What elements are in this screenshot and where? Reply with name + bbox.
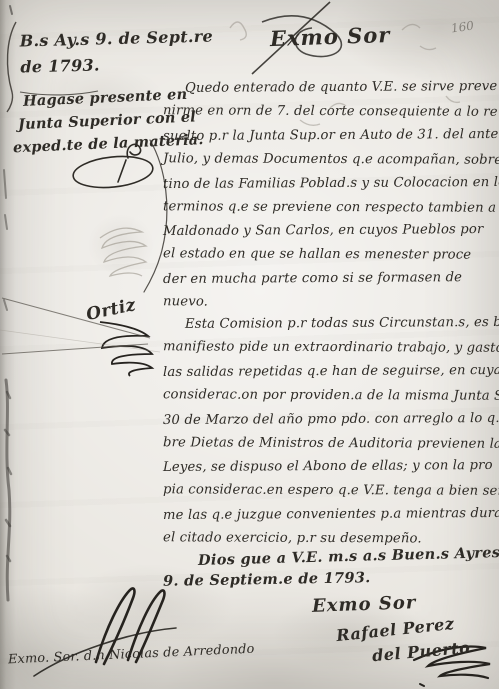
signature-name-line-2: del Puerto bbox=[371, 638, 471, 666]
body-line: terminos q.e se previene con respecto ta… bbox=[163, 195, 499, 220]
fold-line bbox=[0, 330, 160, 352]
body-line: Julio, y demas Documentos q.e acompañan,… bbox=[163, 147, 499, 172]
body-line: nirme en orn de 7. del corte consequient… bbox=[163, 99, 499, 124]
body-line: Esta Comision p.r todas sus Circunstan.s… bbox=[163, 311, 499, 337]
body-line: Maldonado y San Carlos, en cuyos Pueblos… bbox=[163, 218, 499, 244]
body-line: suelto p.r la Junta Sup.or en Auto de 31… bbox=[163, 123, 499, 149]
body-line: tino de las Familias Poblad.s y su Coloc… bbox=[163, 171, 499, 197]
top-salutation: Exmo Sor bbox=[270, 22, 391, 51]
addressee-line: Exmo. Sor. d.n Nicolas de Arredondo bbox=[8, 642, 255, 668]
body-line: 30 de Marzo del año pmo pdo. con arreglo… bbox=[163, 407, 499, 433]
body-line: bre Dietas de Ministros de Auditoria pre… bbox=[163, 431, 499, 456]
date-heading: B.s Ay.s 9. de Sept.re de 1793. bbox=[19, 23, 214, 80]
body-line: Leyes, se dispuso el Abono de ellas; y c… bbox=[163, 454, 499, 480]
body-line: me las q.e juzgue convenientes p.a mient… bbox=[163, 502, 499, 528]
date-line-1: B.s Ay.s 9. de Sept.re bbox=[19, 23, 213, 54]
ink-smudge-swirls bbox=[100, 228, 146, 276]
manuscript-page: 160 B.s Ay.s 9. de Sept.re de 1793. Exmo… bbox=[0, 0, 499, 689]
body-line: Quedo enterado de quanto V.E. se sirve p… bbox=[163, 75, 499, 101]
folio-number: 160 bbox=[450, 18, 475, 35]
body-line: pia considerac.en espero q.e V.E. tenga … bbox=[163, 479, 499, 504]
body-line: der en mucha parte como si se formasen d… bbox=[163, 266, 499, 292]
body-paragraph-2: Esta Comision p.r todas sus Circunstan.s… bbox=[163, 312, 499, 551]
margin-rubric-icon bbox=[72, 140, 167, 292]
closing-salutation: Exmo Sor bbox=[312, 592, 417, 617]
body-line: considerac.on por providen.a de la misma… bbox=[163, 383, 499, 408]
margin-signature-ortiz: Ortiz bbox=[84, 295, 137, 325]
date-brace-icon bbox=[7, 22, 16, 112]
body-line: las salidas repetidas q.e han de seguirs… bbox=[163, 359, 499, 385]
body-paragraph-1: Quedo enterado de quanto V.E. se sirve p… bbox=[163, 76, 499, 315]
body-line: el estado en que se hallan es menester p… bbox=[163, 243, 499, 268]
valediction-line-2: 9. de Septiem.e de 1793. bbox=[163, 569, 371, 590]
body-line: manifiesto pide un extraordinario trabaj… bbox=[163, 335, 499, 360]
binding-edge-marks bbox=[4, 6, 12, 600]
ink-smudge-stain bbox=[88, 214, 154, 276]
